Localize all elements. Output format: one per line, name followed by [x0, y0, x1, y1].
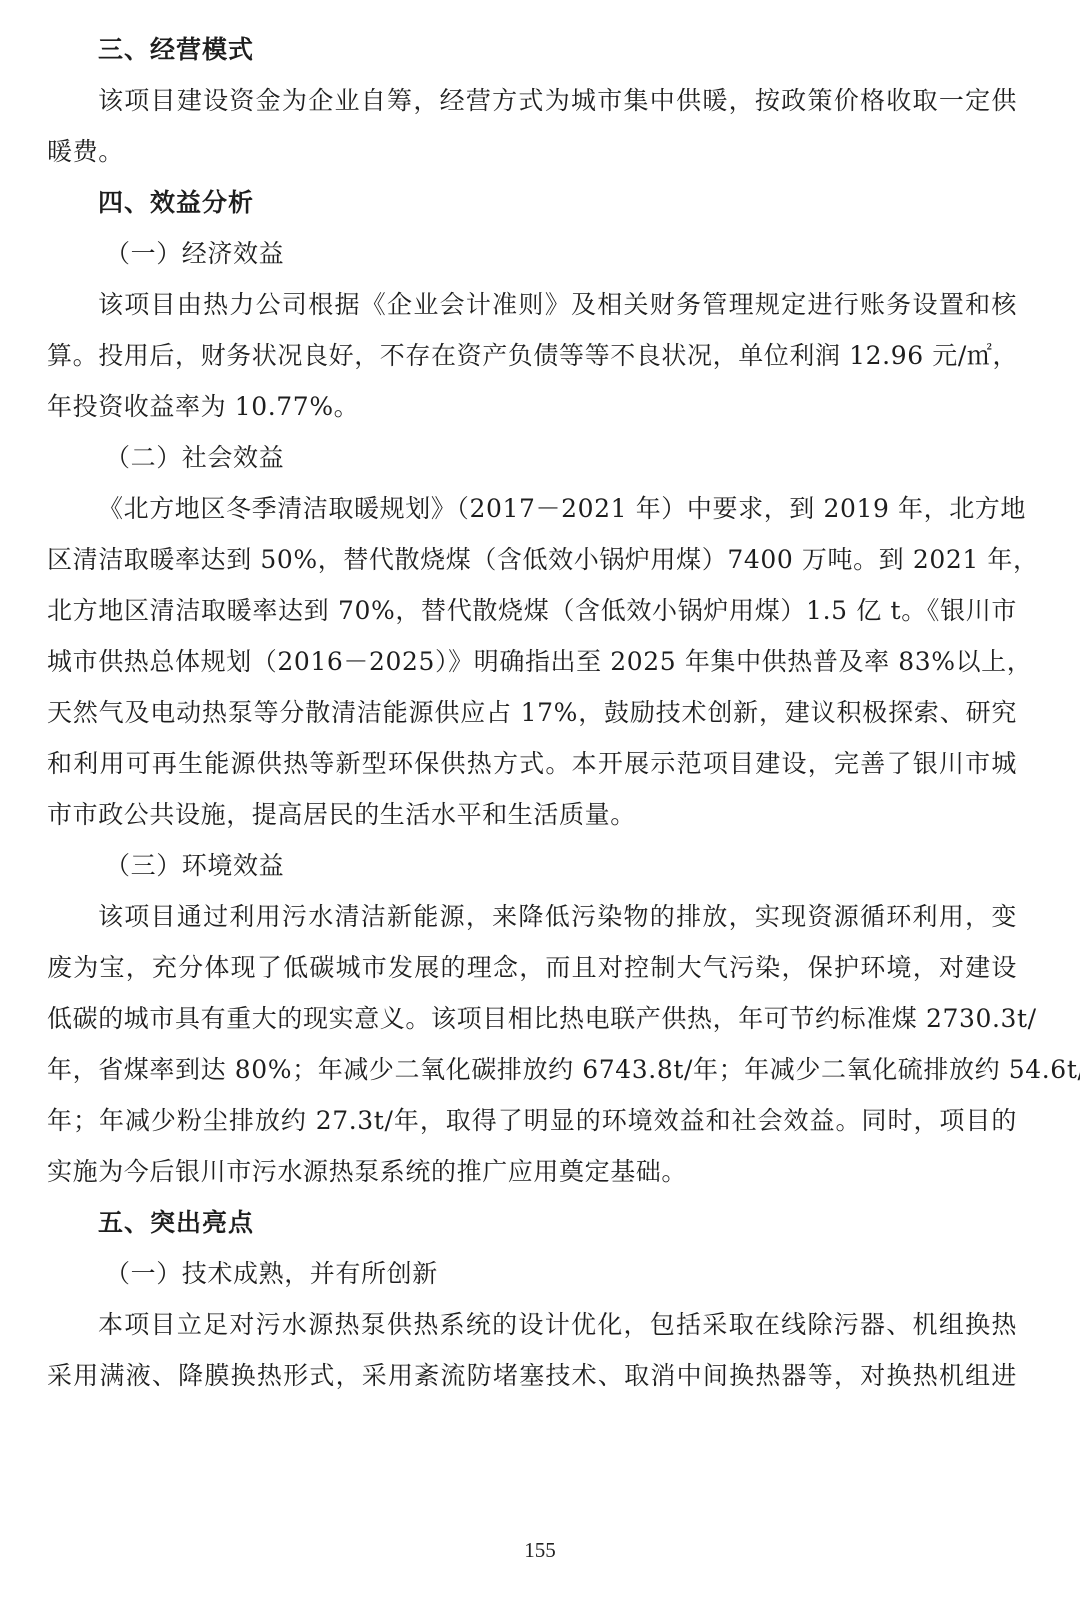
heading-benefit-analysis: 四、效益分析 — [47, 177, 1017, 228]
paragraph-line: 低碳的城市具有重大的现实意义。该项目相比热电联产供热，年可节约标准煤 2730.… — [47, 993, 1017, 1044]
subheading-environmental-benefit: （三）环境效益 — [47, 840, 1017, 891]
paragraph-line: 城市供热总体规划（2016－2025）》明确指出至 2025 年集中供热普及率 … — [47, 636, 1017, 687]
paragraph-line: 废为宝，充分体现了低碳城市发展的理念，而且对控制大气污染，保护环境，对建设 — [47, 942, 1017, 993]
paragraph-line: 《北方地区冬季清洁取暖规划》（2017－2021 年）中要求，到 2019 年，… — [47, 483, 1017, 534]
paragraph-line: 该项目通过利用污水清洁新能源，来降低污染物的排放，实现资源循环利用，变 — [47, 891, 1017, 942]
paragraph-line: 和利用可再生能源供热等新型环保供热方式。本开展示范项目建设，完善了银川市城 — [47, 738, 1017, 789]
paragraph-line: 区清洁取暖率达到 50%，替代散烧煤（含低效小锅炉用煤）7400 万吨。到 20… — [47, 534, 1017, 585]
subheading-economic-benefit: （一）经济效益 — [47, 228, 1017, 279]
paragraph-line: 北方地区清洁取暖率达到 70%，替代散烧煤（含低效小锅炉用煤）1.5 亿 t。《… — [47, 585, 1017, 636]
subheading-social-benefit: （二）社会效益 — [47, 432, 1017, 483]
paragraph-line: 年投资收益率为 10.77%。 — [47, 381, 1017, 432]
paragraph-line: 该项目由热力公司根据《企业会计准则》及相关财务管理规定进行账务设置和核 — [47, 279, 1017, 330]
heading-highlights: 五、突出亮点 — [47, 1197, 1017, 1248]
paragraph-line: 该项目建设资金为企业自筹，经营方式为城市集中供暖，按政策价格收取一定供 — [47, 75, 1017, 126]
paragraph-line: 年；年减少粉尘排放约 27.3t/年，取得了明显的环境效益和社会效益。同时，项目… — [47, 1095, 1017, 1146]
paragraph-line: 本项目立足对污水源热泵供热系统的设计优化，包括采取在线除污器、机组换热 — [47, 1299, 1017, 1350]
paragraph-line: 暖费。 — [47, 126, 1017, 177]
document-page: 三、经营模式 该项目建设资金为企业自筹，经营方式为城市集中供暖，按政策价格收取一… — [47, 24, 1017, 1401]
paragraph-line: 天然气及电动热泵等分散清洁能源供应占 17%，鼓励技术创新，建议积极探索、研究 — [47, 687, 1017, 738]
subheading-mature-technology: （一）技术成熟，并有所创新 — [47, 1248, 1017, 1299]
page-number: 155 — [0, 1538, 1080, 1563]
paragraph-line: 实施为今后银川市污水源热泵系统的推广应用奠定基础。 — [47, 1146, 1017, 1197]
paragraph-line: 年，省煤率到达 80%；年减少二氧化碳排放约 6743.8t/年；年减少二氧化硫… — [47, 1044, 1017, 1095]
paragraph-line: 算。投用后，财务状况良好，不存在资产负债等等不良状况，单位利润 12.96 元/… — [47, 330, 1017, 381]
heading-business-model: 三、经营模式 — [47, 24, 1017, 75]
paragraph-line: 采用满液、降膜换热形式，采用紊流防堵塞技术、取消中间换热器等，对换热机组进 — [47, 1350, 1017, 1401]
paragraph-line: 市市政公共设施，提高居民的生活水平和生活质量。 — [47, 789, 1017, 840]
